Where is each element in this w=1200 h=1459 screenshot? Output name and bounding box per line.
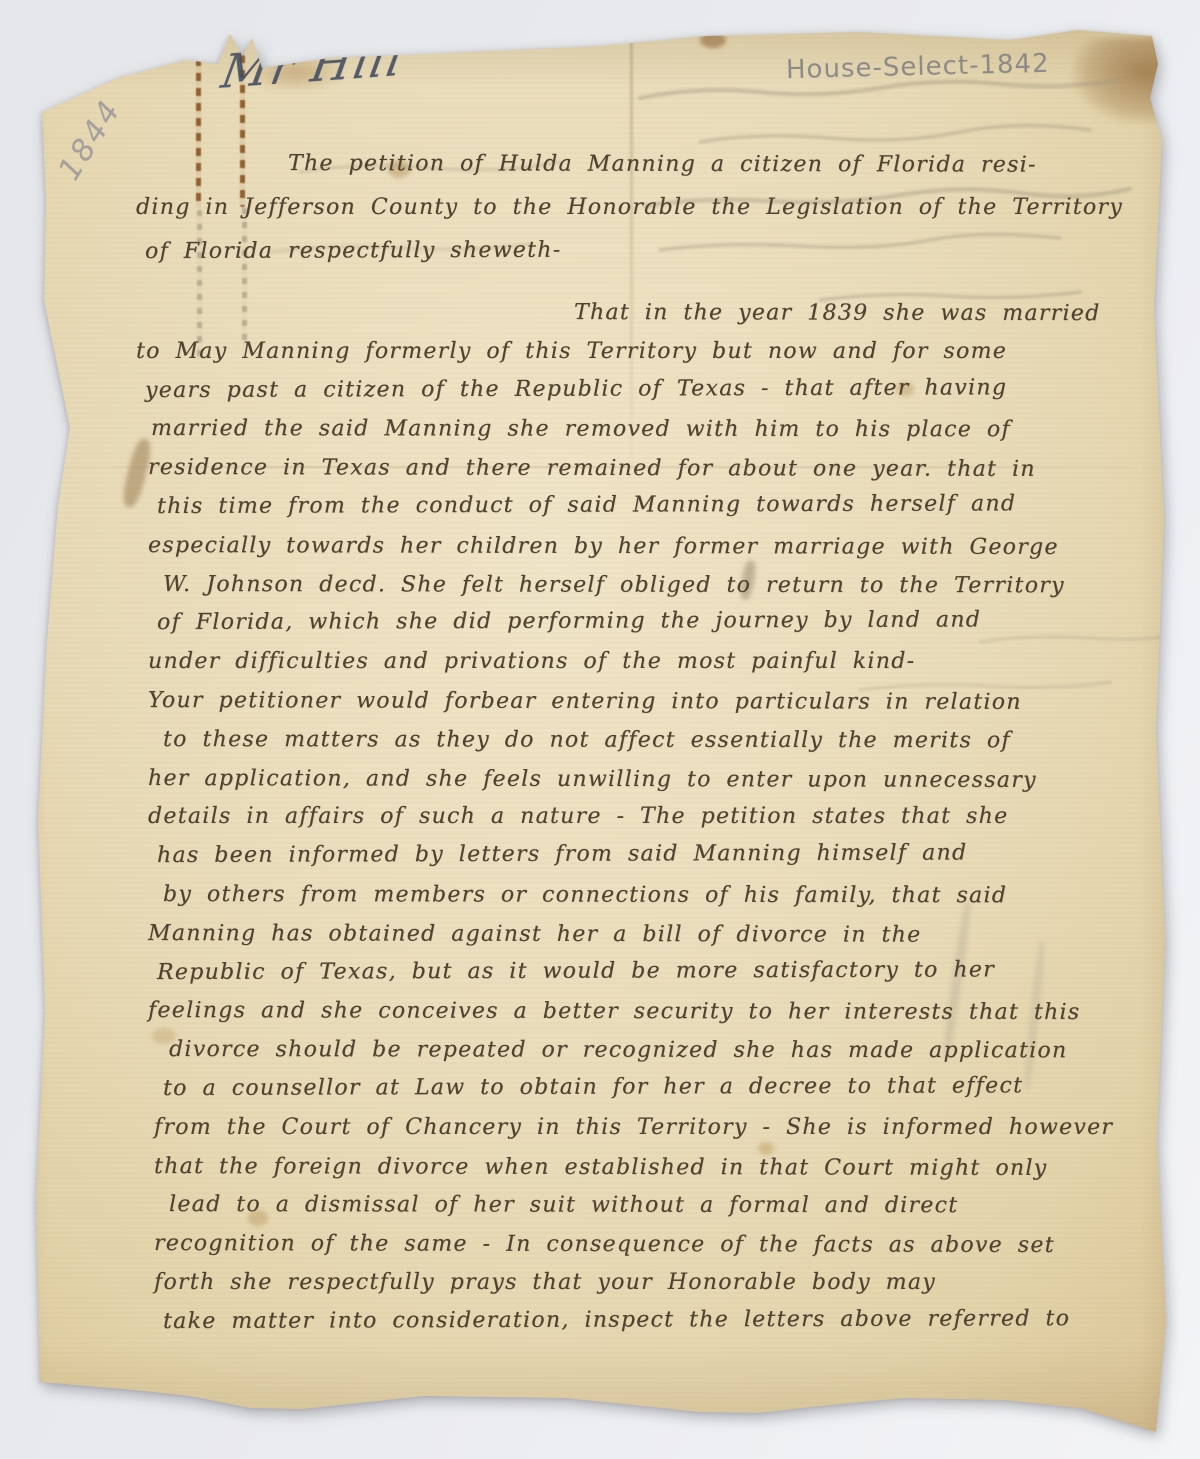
manuscript-line: her application, and she feels unwilling… bbox=[148, 760, 1150, 801]
manuscript-line: forth she respectfully prays that your H… bbox=[154, 1264, 1150, 1303]
manuscript-line: of Florida respectfully sheweth- bbox=[145, 227, 1159, 274]
petition-body: That in the year 1839 she was marriedto … bbox=[136, 294, 1150, 1342]
manuscript-line: Your petitioner would forbear entering i… bbox=[148, 682, 1150, 723]
manuscript-line: divorce should be repeated or recognized… bbox=[169, 1031, 1165, 1071]
manuscript-line: details in affairs of such a nature - Th… bbox=[148, 798, 1150, 837]
manuscript-line: by others from members or connections of… bbox=[163, 876, 1165, 916]
manuscript-line: married the said Manning she removed wit… bbox=[151, 410, 1165, 450]
ink-inscription: Mr Hill bbox=[218, 23, 527, 99]
manuscript-line: especially towards her children by her f… bbox=[148, 527, 1150, 568]
pencil-archival-label: House-Select-1842 bbox=[786, 49, 1050, 85]
manuscript-line: to these matters as they do not affect e… bbox=[163, 721, 1165, 761]
manuscript-line: Republic of Texas, but as it would be mo… bbox=[157, 950, 1159, 992]
manuscript-line: feelings and she conceives a better secu… bbox=[148, 992, 1150, 1033]
pencil-year-note: 1844 bbox=[52, 93, 129, 186]
petition-text: The petition of Hulda Manning a citizen … bbox=[136, 142, 1150, 1342]
manuscript-line: to a counsellor at Law to obtain for her… bbox=[163, 1067, 1159, 1109]
manuscript-paper: Mr Hill House-Select-1842 1844 The petit… bbox=[0, 0, 1200, 1459]
manuscript-line: residence in Texas and there remained fo… bbox=[148, 449, 1150, 490]
manuscript-line: The petition of Hulda Manning a citizen … bbox=[288, 142, 1150, 188]
manuscript-line: to May Manning formerly of this Territor… bbox=[136, 333, 1150, 372]
manuscript-line: under difficulties and privations of the… bbox=[148, 643, 1150, 682]
manuscript-line: ding in Jefferson County to the Honorabl… bbox=[136, 186, 1150, 230]
corner-stain bbox=[1072, 38, 1177, 124]
manuscript-line: this time from the conduct of said Manni… bbox=[157, 485, 1159, 527]
manuscript-paper-wrap: Mr Hill House-Select-1842 1844 The petit… bbox=[0, 0, 1200, 1459]
manuscript-line: That in the year 1839 she was married bbox=[574, 294, 1150, 334]
manuscript-line: that the foreign divorce when establishe… bbox=[154, 1148, 1150, 1189]
manuscript-line: recognition of the same - In consequence… bbox=[154, 1225, 1150, 1266]
petition-opening: The petition of Hulda Manning a citizen … bbox=[136, 142, 1150, 274]
stain-spot bbox=[700, 32, 726, 48]
manuscript-line: take matter into consideration, inspect … bbox=[163, 1300, 1159, 1342]
manuscript-line: from the Court of Chancery in this Terri… bbox=[154, 1109, 1150, 1148]
manuscript-line: has been informed by letters from said M… bbox=[157, 834, 1159, 876]
manuscript-line: W. Johnson decd. She felt herself oblige… bbox=[163, 566, 1165, 606]
photograph-backdrop: Mr Hill House-Select-1842 1844 The petit… bbox=[0, 0, 1200, 1459]
manuscript-line: Manning has obtained against her a bill … bbox=[148, 915, 1150, 956]
manuscript-line: years past a citizen of the Republic of … bbox=[145, 368, 1159, 410]
manuscript-line: of Florida, which she did performing the… bbox=[157, 601, 1159, 643]
manuscript-line: lead to a dismissal of her suit without … bbox=[169, 1186, 1165, 1226]
